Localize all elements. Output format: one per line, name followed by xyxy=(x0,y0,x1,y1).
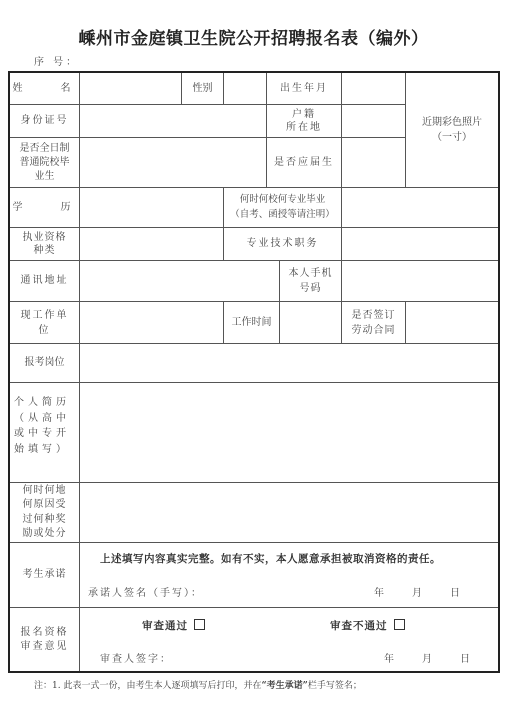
pledge-month: 月 xyxy=(412,588,424,599)
qualification-field[interactable] xyxy=(80,228,224,261)
review-fail-checkbox[interactable] xyxy=(394,619,405,630)
serial-number-label: 序 号： xyxy=(34,53,79,68)
gender-field[interactable] xyxy=(224,73,267,105)
gender-label: 性别 xyxy=(182,73,224,105)
pledge-day: 日 xyxy=(450,588,462,599)
footnote: 注：1. 此表一式一份，由考生本人逐项填写后打印，并在“考生承诺”栏手写签名； xyxy=(34,678,362,691)
qualification-label: 执业资格 种类 xyxy=(10,228,80,261)
graduation-info-field[interactable] xyxy=(342,188,498,228)
fresh-graduate-field[interactable] xyxy=(342,138,406,188)
fulltime-graduate-label: 是否全日制 普通院校毕 业生 xyxy=(10,138,80,188)
form-title: 嵊州市金庭镇卫生院公开招聘报名表（编外） xyxy=(0,24,507,49)
pledge-section: 上述填写内容真实完整。如有不实，本人愿意承担被取消资格的责任。 承诺人签名（手写… xyxy=(80,543,498,608)
photo-label: 近期彩色照片 xyxy=(422,115,482,131)
work-time-field[interactable] xyxy=(280,302,342,344)
review-pass-checkbox[interactable] xyxy=(194,619,205,630)
reviewer-signature-label: 审查人签字： xyxy=(100,652,172,668)
pledge-date: 年月日 xyxy=(374,586,488,602)
review-pass-option[interactable]: 审查通过 xyxy=(142,618,205,634)
registration-form-table: 姓 名 性别 出生年月 近期彩色照片 （一寸） 身份证号 户籍 所在地 是否全日… xyxy=(8,71,500,673)
review-pass-label: 审查通过 xyxy=(142,620,188,632)
awards-penalties-label: 何时何地 何原因受 过何种奖 励或处分 xyxy=(10,483,80,543)
education-label: 学 历 xyxy=(10,188,80,228)
footnote-prefix: 注：1. 此表一式一份，由考生本人逐项填写后打印，并在 xyxy=(34,681,261,691)
work-time-label: 工作时间 xyxy=(224,302,280,344)
fulltime-graduate-field[interactable] xyxy=(80,138,267,188)
name-field[interactable] xyxy=(80,73,182,105)
birth-date-label: 出生年月 xyxy=(267,73,342,105)
review-fail-option[interactable]: 审查不通过 xyxy=(330,618,405,634)
review-section: 审查通过 审查不通过 审查人签字： 年月日 xyxy=(80,608,498,671)
labor-contract-label: 是否签订 劳动合同 xyxy=(342,302,406,344)
employer-field[interactable] xyxy=(80,302,224,344)
position-label: 报考岗位 xyxy=(10,344,80,383)
employer-label: 现工作单 位 xyxy=(10,302,80,344)
pledge-statement: 上述填写内容真实完整。如有不实，本人愿意承担被取消资格的责任。 xyxy=(100,551,441,567)
address-label: 通讯地址 xyxy=(10,261,80,302)
pledge-year: 年 xyxy=(374,588,386,599)
labor-contract-field[interactable] xyxy=(406,302,498,344)
photo-box[interactable]: 近期彩色照片 （一寸） xyxy=(406,73,498,188)
footnote-highlight: “考生承诺” xyxy=(261,681,307,691)
address-field[interactable] xyxy=(80,261,280,302)
resume-field[interactable] xyxy=(80,383,498,483)
education-field[interactable] xyxy=(80,188,224,228)
graduation-info-label: 何时何校何专业毕业 （自考、函授等请注明） xyxy=(224,188,342,228)
review-fail-label: 审查不通过 xyxy=(330,620,388,632)
birth-date-field[interactable] xyxy=(342,73,406,105)
review-day: 日 xyxy=(460,654,472,665)
review-label: 报名资格 审查意见 xyxy=(10,608,80,671)
review-month: 月 xyxy=(422,654,434,665)
pledge-label: 考生承诺 xyxy=(10,543,80,608)
id-number-label: 身份证号 xyxy=(10,105,80,138)
hukou-label: 户籍 所在地 xyxy=(267,105,342,138)
photo-size-label: （一寸） xyxy=(432,130,472,146)
position-field[interactable] xyxy=(80,344,498,383)
tech-title-field[interactable] xyxy=(342,228,498,261)
review-year: 年 xyxy=(384,654,396,665)
review-date: 年月日 xyxy=(384,652,498,668)
tech-title-label: 专业技术职务 xyxy=(224,228,342,261)
pledge-signature-label: 承诺人签名（手写）： xyxy=(88,586,203,602)
fresh-graduate-label: 是否应届生 xyxy=(267,138,342,188)
mobile-field[interactable] xyxy=(342,261,498,302)
hukou-field[interactable] xyxy=(342,105,406,138)
awards-penalties-field[interactable] xyxy=(80,483,498,543)
mobile-label: 本人手机 号码 xyxy=(280,261,342,302)
footnote-suffix: 栏手写签名； xyxy=(308,681,362,691)
name-label: 姓 名 xyxy=(10,73,80,105)
resume-label: 个人简历 （从高中 或中专开 始填写） xyxy=(10,383,80,483)
id-number-field[interactable] xyxy=(80,105,267,138)
